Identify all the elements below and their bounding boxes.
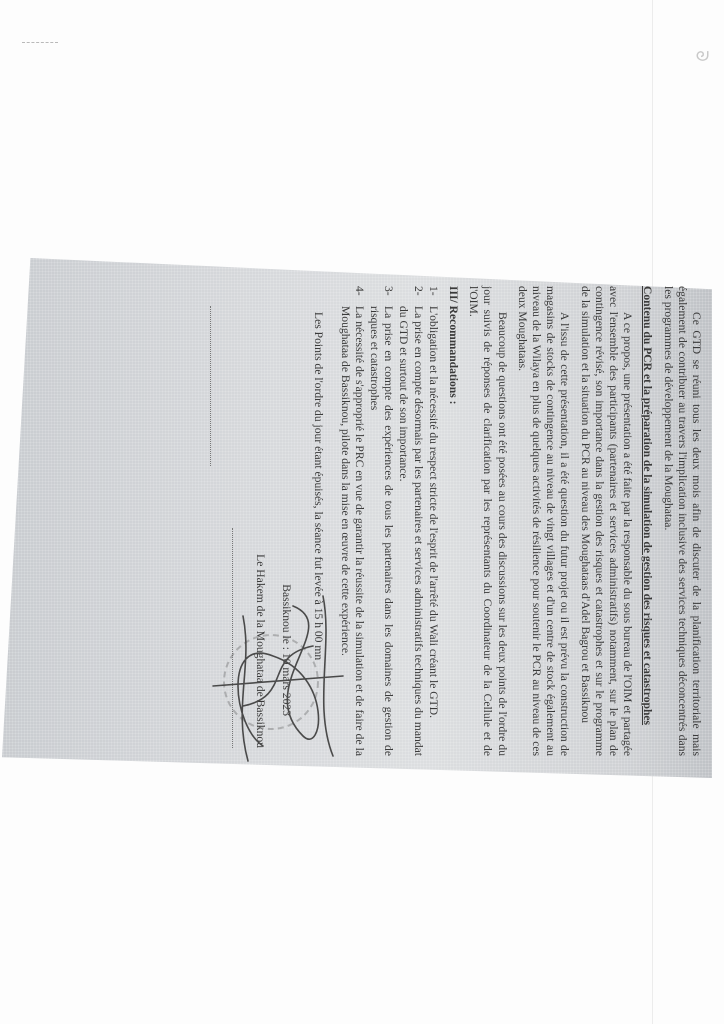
intro-paragraph: Ce GTD se réuni tous les deux mois afin … — [660, 286, 703, 756]
paragraph: A ce propos, une présentation a été fait… — [577, 286, 634, 756]
page-corner-annotation: ᘐ — [692, 50, 712, 61]
section-heading-pcr: Contenu du PCR et la préparation de la s… — [640, 286, 654, 756]
recommendation-item: 2-La prise en compte désormais par les p… — [396, 306, 424, 756]
rotated-document-body: Ce GTD se réuni tous les deux mois afin … — [193, 286, 703, 756]
section-heading-recommendations: III/ Recommandations : — [446, 286, 460, 756]
paragraph: Beaucoup de questions ont été posées au … — [466, 286, 509, 756]
recommendation-item: 1-L'obligation et la nécessité du respec… — [426, 306, 440, 756]
paragraph: A l'issu de cette présentation, il a été… — [515, 286, 572, 756]
handwritten-signature — [203, 586, 353, 766]
recommendation-item: 3-La prise en compte des expériences de … — [367, 306, 395, 756]
scan-artifact-mark — [22, 42, 58, 44]
signature-line-left — [210, 306, 225, 466]
